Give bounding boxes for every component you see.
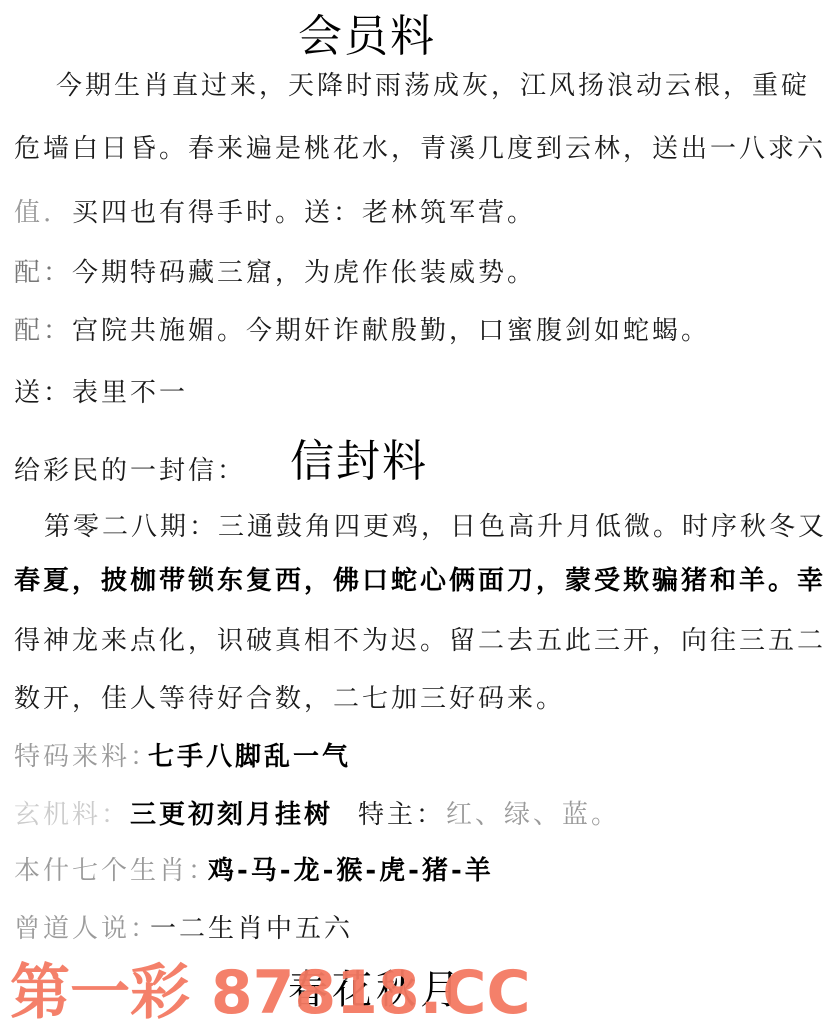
pairing-label-2: 配： — [14, 310, 72, 347]
member-label-value: 值. — [14, 192, 54, 229]
letter-line-3: 得神龙来点化，识破真相不为迟。留二去五此三开，向往三五二 — [14, 620, 826, 657]
pairing-line-2: 宫院共施媚。今期奸诈献殷勤，口蜜腹剑如蛇蝎。 — [72, 310, 710, 347]
zodiac-value: 鸡-马-龙-猴-虎-猪-羊 — [208, 850, 494, 887]
pairing-line-1: 今期特码藏三窟，为虎作伥装威势。 — [72, 252, 536, 289]
letter-line-1: 第零二八期：三通鼓角四更鸡，日色高升月低微。时序秋冬又 — [44, 506, 827, 543]
wave-label: 特主： — [358, 794, 445, 831]
member-line-1: 今期生肖直过来，天降时雨荡成灰，江风扬浪动云根，重碇 — [56, 65, 810, 102]
gift-line: 送：表里不一 — [14, 372, 188, 409]
wave-value: 红、绿、蓝。 — [446, 794, 620, 831]
member-line-2: 危墙白日昏。春来遍是桃花水，青溪几度到云林，送出一八求六 — [14, 128, 826, 165]
special-code-label: 特码来料： — [14, 736, 159, 773]
special-code-value: 七手八脚乱一气 — [148, 736, 351, 773]
taoist-label: 曾道人说： — [14, 908, 159, 945]
pairing-label-1: 配： — [14, 252, 72, 289]
member-line-3: 买四也有得手时。送：老林筑军营。 — [72, 192, 536, 229]
secret-label: 玄机料： — [14, 794, 130, 831]
letter-intro-label: 给彩民的一封信： — [14, 450, 246, 487]
site-watermark: 第一彩 87818.CC — [10, 945, 531, 1024]
taoist-value: 一二生肖中五六 — [150, 908, 353, 945]
zodiac-label: 本什七个生肖： — [14, 850, 217, 887]
letter-section-title: 信封料 — [290, 425, 428, 489]
member-section-title: 会员料 — [298, 0, 436, 64]
letter-line-2: 春夏，披枷带锁东复西，佛口蛇心俩面刀，蒙受欺骗猪和羊。幸 — [14, 560, 826, 597]
secret-value: 三更初刻月挂树 — [130, 794, 333, 831]
letter-line-4: 数开，佳人等待好合数，二七加三好码来。 — [14, 678, 565, 715]
